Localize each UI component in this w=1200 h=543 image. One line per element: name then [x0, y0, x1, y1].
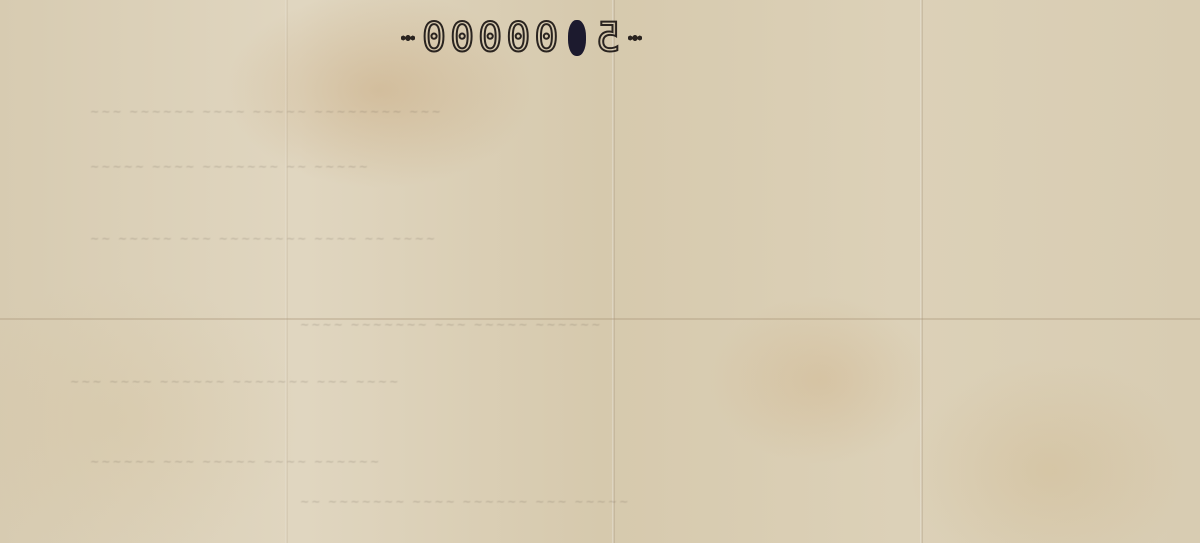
perforated-digits: 00000 [422, 18, 562, 58]
bleed-through-text: ~~~~ ~~~~~~~ ~~~ ~~~~~ ~~~~~~ [300, 318, 602, 331]
vertical-fold [612, 0, 615, 543]
bleed-through-text: ~~~ ~~~~ ~~~~~~ ~~~~~~~ ~~~ ~~~~ [70, 375, 400, 388]
perforated-serial-number: 00000 5 [400, 18, 643, 58]
perforation-star-icon [400, 30, 416, 46]
perforated-mirrored-digit: 5 [592, 18, 620, 58]
bleed-through-text: ~~~~~~ ~~~ ~~~~~ ~~~~ ~~~~~~ [90, 455, 381, 468]
bleed-through-text: ~~~~~ ~~~~ ~~~~~~~ ~~ ~~~~~ [90, 160, 370, 173]
bleed-through-text: ~~~ ~~~~~~ ~~~~ ~~~~~ ~~~~~~~~ ~~~ [90, 105, 443, 118]
bleed-through-text: ~~ ~~~~~ ~~~ ~~~~~~~~ ~~~~ ~~ ~~~~ [90, 232, 437, 245]
perforation-star-icon [627, 30, 643, 46]
vertical-fold [920, 0, 923, 543]
ink-blot-icon [568, 20, 586, 56]
bleed-through-text: ~~ ~~~~~~~ ~~~~ ~~~~~~ ~~~ ~~~~~ [300, 495, 630, 508]
document-back: 00000 5 ~~~ ~~~~~~ ~~~~ ~~~~~ ~~~~~~~~ ~… [0, 0, 1200, 543]
